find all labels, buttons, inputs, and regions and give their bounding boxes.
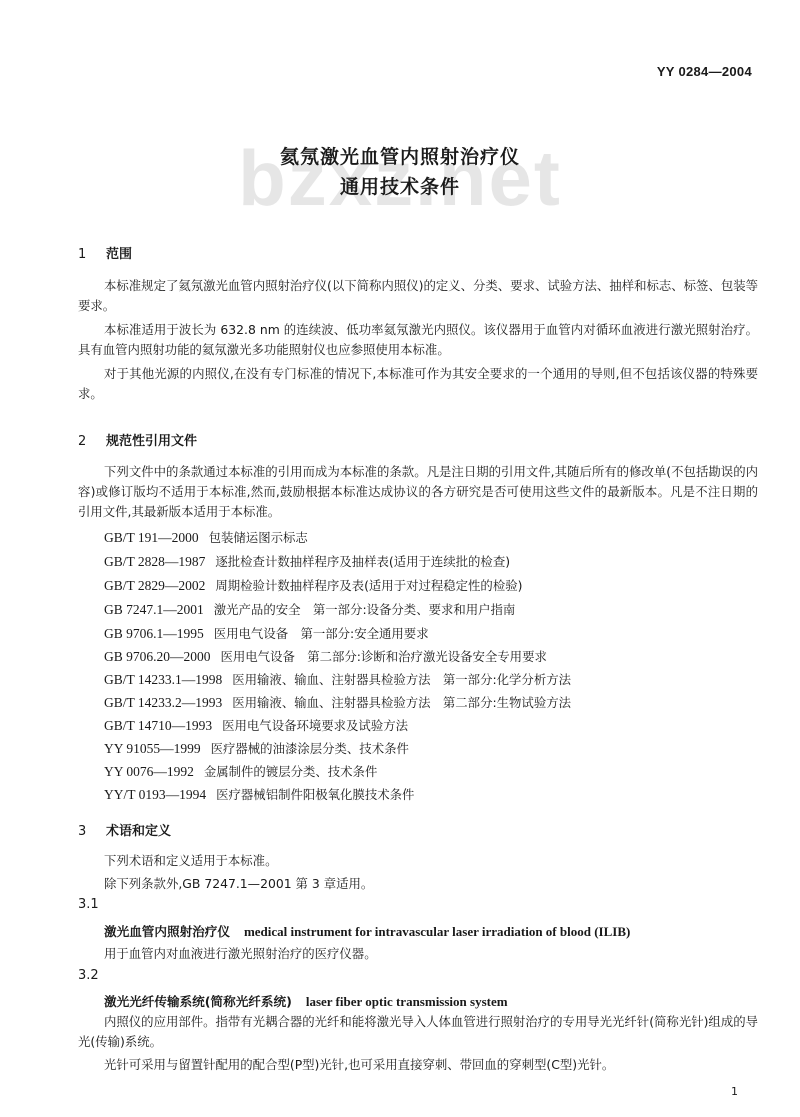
term-definition: 光针可采用与留置针配用的配合型(P型)光针,也可采用直接穿刺、带回血的穿刺型(C…	[78, 1055, 758, 1075]
paragraph: 本标准适用于波长为 632.8 nm 的连续波、低功率氦氖激光内照仪。该仪器用于…	[78, 320, 758, 360]
document-page: bzxz.net YY 0284—2004 氦氖激光血管内照射治疗仪 通用技术条…	[0, 0, 800, 1117]
term-en: medical instrument for intravascular las…	[244, 924, 630, 939]
reference-title: 医用输液、输血、注射器具检验方法 第一部分:化学分析方法	[232, 672, 571, 687]
section-heading-scope: 1范围	[78, 243, 132, 262]
reference-title: 医用电气设备 第二部分:诊断和治疗激光设备安全专用要求	[221, 649, 547, 664]
reference-item: GB/T 2829—2002周期检验计数抽样程序及表(适用于对过程稳定性的检验)	[104, 576, 522, 594]
reference-item: GB 9706.20—2000医用电气设备 第二部分:诊断和治疗激光设备安全专用…	[104, 647, 547, 665]
reference-code: GB/T 191—2000	[104, 530, 199, 546]
term-zh: 激光血管内照射治疗仪	[104, 924, 230, 939]
reference-title: 金属制件的镀层分类、技术条件	[204, 764, 377, 779]
reference-item: GB/T 14233.1—1998医用输液、输血、注射器具检验方法 第一部分:化…	[104, 670, 571, 688]
section-number: 1	[78, 247, 106, 262]
reference-item: GB/T 2828—1987逐批检查计数抽样程序及抽样表(适用于连续批的检查)	[104, 552, 510, 570]
term-definition: 内照仪的应用部件。指带有光耦合器的光纤和能将激光导入人体血管进行照射治疗的专用导…	[78, 1012, 758, 1052]
reference-item: GB/T 191—2000包装储运图示标志	[104, 528, 308, 546]
reference-item: GB 7247.1—2001激光产品的安全 第一部分:设备分类、要求和用户指南	[104, 600, 515, 618]
reference-item: GB 9706.1—1995医用电气设备 第一部分:安全通用要求	[104, 624, 429, 642]
term-zh: 激光光纤传输系统(简称光纤系统)	[104, 994, 292, 1009]
reference-item: YY/T 0193—1994医疗器械铝制件阳极氧化膜技术条件	[104, 785, 414, 803]
reference-item: GB/T 14233.2—1993医用输液、输血、注射器具检验方法 第二部分:生…	[104, 693, 571, 711]
reference-code: GB/T 2829—2002	[104, 578, 205, 594]
document-title-line1: 氦氖激光血管内照射治疗仪	[0, 142, 800, 169]
reference-item: GB/T 14710—1993医用电气设备环境要求及试验方法	[104, 716, 408, 734]
reference-code: GB 9706.20—2000	[104, 649, 211, 665]
section-heading-normative-references: 2规范性引用文件	[78, 430, 197, 449]
reference-code: YY 0076—1992	[104, 764, 194, 780]
reference-title: 包装储运图示标志	[209, 530, 308, 545]
reference-item: YY 0076—1992金属制件的镀层分类、技术条件	[104, 762, 377, 780]
term-number: 3.1	[78, 897, 99, 912]
paragraph: 本标准规定了氦氖激光血管内照射治疗仪(以下简称内照仪)的定义、分类、要求、试验方…	[78, 276, 758, 316]
reference-title: 医用电气设备环境要求及试验方法	[222, 718, 408, 733]
reference-code: YY/T 0193—1994	[104, 787, 206, 803]
reference-title: 医用电气设备 第一部分:安全通用要求	[214, 626, 429, 641]
section-title: 规范性引用文件	[106, 434, 197, 449]
intro-line: 下列术语和定义适用于本标准。	[104, 851, 277, 869]
reference-title: 周期检验计数抽样程序及表(适用于对过程稳定性的检验)	[215, 578, 522, 593]
reference-code: YY 91055—1999	[104, 741, 201, 757]
term-en: laser fiber optic transmission system	[306, 994, 508, 1009]
intro-line: 除下列条款外,GB 7247.1—2001 第 3 章适用。	[104, 874, 373, 892]
reference-title: 激光产品的安全 第一部分:设备分类、要求和用户指南	[214, 602, 516, 617]
reference-title: 医用输液、输血、注射器具检验方法 第二部分:生物试验方法	[232, 695, 571, 710]
reference-item: YY 91055—1999医疗器械的油漆涂层分类、技术条件	[104, 739, 409, 757]
term-title: 激光光纤传输系统(简称光纤系统)laser fiber optic transm…	[104, 991, 508, 1010]
reference-code: GB/T 2828—1987	[104, 554, 205, 570]
term-number: 3.2	[78, 968, 99, 983]
paragraph: 下列文件中的条款通过本标准的引用而成为本标准的条款。凡是注日期的引用文件,其随后…	[78, 462, 758, 522]
reference-code: GB/T 14710—1993	[104, 718, 212, 734]
reference-code: GB 7247.1—2001	[104, 602, 204, 618]
page-number: 1	[731, 1085, 738, 1098]
paragraph: 对于其他光源的内照仪,在没有专门标准的情况下,本标准可作为其安全要求的一个通用的…	[78, 364, 758, 404]
section-number: 2	[78, 434, 106, 449]
reference-title: 逐批检查计数抽样程序及抽样表(适用于连续批的检查)	[215, 554, 510, 569]
reference-title: 医疗器械铝制件阳极氧化膜技术条件	[216, 787, 414, 802]
section-title: 术语和定义	[106, 824, 171, 839]
section-heading-terms-definitions: 3术语和定义	[78, 820, 171, 839]
reference-code: GB 9706.1—1995	[104, 626, 204, 642]
reference-title: 医疗器械的油漆涂层分类、技术条件	[211, 741, 409, 756]
term-title: 激光血管内照射治疗仪medical instrument for intrava…	[104, 921, 630, 940]
standard-code: YY 0284—2004	[657, 64, 752, 79]
reference-code: GB/T 14233.1—1998	[104, 672, 222, 688]
document-title-line2: 通用技术条件	[0, 172, 800, 199]
section-number: 3	[78, 824, 106, 839]
section-title: 范围	[106, 247, 132, 262]
term-definition: 用于血管内对血液进行激光照射治疗的医疗仪器。	[104, 944, 377, 962]
reference-code: GB/T 14233.2—1993	[104, 695, 222, 711]
